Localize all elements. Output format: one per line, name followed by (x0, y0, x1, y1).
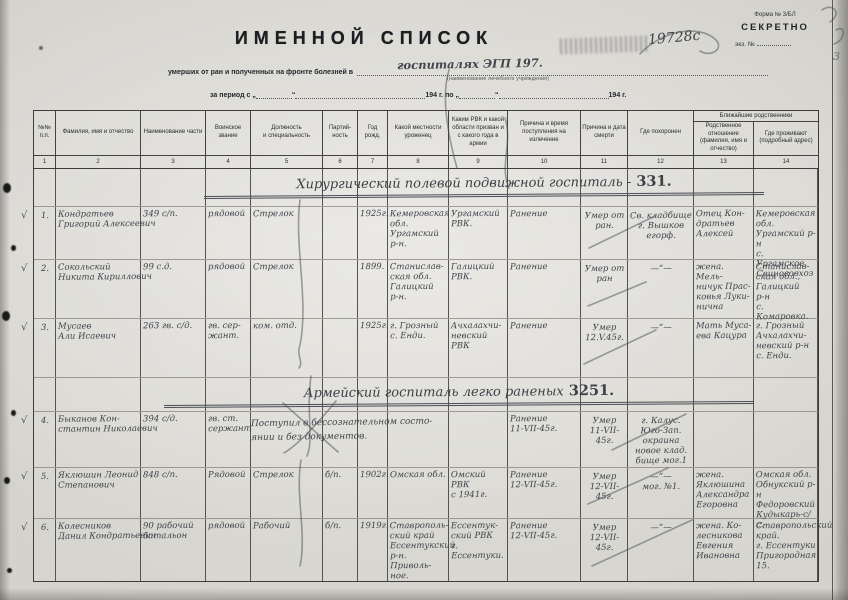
handwritten-address: Ставропольский край. г. Ессентуки Пригор… (754, 519, 818, 572)
cell-num: 6. (34, 519, 56, 581)
left-edge-shadow (0, 0, 10, 600)
handwritten-buried: —“— (628, 260, 693, 275)
handwritten-position: Рабочий (251, 519, 322, 532)
margin-tick: √ (21, 415, 27, 426)
period-prefix: за период с (210, 92, 250, 99)
column-header: Причина и время поступления на излечение (508, 111, 581, 155)
cell-birthplace: г. Грозный с. Енди. (388, 319, 449, 377)
handwritten-num: 2. (34, 260, 55, 274)
column-number: 6 (323, 156, 358, 168)
cell-birthplace: Омская обл. (388, 468, 449, 518)
column-header: Наименование части (141, 111, 206, 155)
period-blank (499, 88, 609, 99)
no-documents-note: Поступил в бессознательном состо- янии и… (251, 414, 551, 445)
hospital-number: 3251. (564, 382, 615, 399)
table-row: 1.Кондратьев Григорий Алексеевич349 с/п.… (34, 207, 818, 260)
column-header: Каким РВК и какой области призван и с ка… (449, 111, 508, 155)
handwritten-birthplace: Омская обл. (388, 468, 448, 481)
cell-address: Станислав- ская обл., Галицкий р-н с. Ко… (754, 260, 818, 318)
cell-year: 1925г. (358, 319, 388, 377)
handwritten-relative: Отец Кон- дратьев Алексей (694, 207, 753, 240)
handwritten-buried: —“— (628, 319, 693, 334)
cell-rvk: Ачхалахчи- невский РВК (449, 319, 508, 377)
form-number: Форма № 3/БЛ (735, 12, 815, 18)
period-mid: 194 г. по (425, 92, 453, 99)
column-number: 5 (251, 156, 323, 168)
cell-birthplace: Ставрополь- ский край Ессентукский р-н. … (388, 519, 449, 581)
column-number: 13 (694, 156, 754, 168)
handwritten-death: Умер 12-VII-45г. (581, 468, 627, 503)
margin-tick: √ (21, 471, 27, 482)
cell-death: Умер 12-VII-45г. (581, 468, 628, 518)
handwritten-name: Кондратьев Григорий Алексеевич (56, 206, 215, 230)
cell-num: 3. (34, 319, 56, 377)
cell-name: Быканов Кон- стантин Николаевич (56, 412, 141, 467)
document-title: ИМЕННОЙ СПИСОК (0, 28, 848, 49)
column-number: 3 (141, 156, 206, 168)
handwritten-year: 1925г. (358, 207, 387, 219)
cell-buried: Св. кладбище г. Вышков егорф. (628, 207, 694, 259)
column-header: Какой местности уроженец (388, 111, 449, 155)
scan-speck (39, 46, 43, 50)
cell-death: Умер от ран. (581, 207, 628, 259)
handwritten-death: Умер 12.V.45г. (581, 319, 627, 344)
cell-buried: —“— (628, 260, 694, 318)
cell-rvk: Ессентук- ский РВК г. Ессентуки. (449, 519, 508, 581)
handwritten-rvk: Ессентук- ский РВК г. Ессентуки. (449, 519, 507, 562)
cell-relative: жена. Яклюшина Александра Егоровна (694, 468, 754, 518)
column-header: Воинское звание (206, 111, 251, 155)
cell-num: 1. (34, 207, 56, 259)
handwritten-admission: Ранение (508, 319, 580, 332)
subtitle-blank-line: госпиталях ЭГП 197. (наименование лечебн… (357, 63, 768, 76)
page-number: 3 (833, 50, 840, 63)
cell-admission: Ранение (508, 319, 581, 377)
handwritten-birthplace: Ставрополь- ский край Ессентукский р-н. … (388, 519, 449, 582)
handwritten-death: Умер от ран. (581, 207, 627, 232)
hospital-number: 331. (631, 173, 671, 190)
column-number: 4 (206, 156, 251, 168)
handwritten-rvk: Ургамский РВК. (449, 207, 507, 230)
table-row: 2.Сокольский Никита Кириллович99 с.д.ряд… (34, 260, 818, 319)
handwritten-buried: г. Калус. Юго-Зап. окраина новое клад. б… (628, 412, 694, 467)
cell-name (56, 169, 141, 206)
margin-tick: √ (21, 322, 27, 333)
handwritten-death: Умер 11-VII-45г. (581, 412, 627, 447)
handwritten-position: Стрелок (251, 207, 322, 220)
cell-address: Ставропольский край. г. Ессентуки Пригор… (754, 519, 818, 581)
cell-buried: —“— (628, 519, 694, 581)
cell-admission: Ранение 12-VII-45г. (508, 519, 581, 581)
column-header: Где похоронен (628, 111, 694, 155)
cell-num (34, 378, 56, 411)
cell-buried: г. Калус. Юго-Зап. окраина новое клад. б… (628, 412, 694, 467)
handwritten-address: г. Грозный Ачхалахчи- невский р-н с. Енд… (754, 319, 817, 362)
cell-num: 5. (34, 468, 56, 518)
cell-party (323, 207, 358, 259)
table-row: 4.Быканов Кон- стантин Николаевич394 с/д… (34, 412, 818, 468)
cell-rvk: Галицкий РВК. (449, 260, 508, 318)
column-header: Родственное отношение (фамилия, имя и от… (694, 122, 754, 155)
handwritten-relative: Мать Муса- ева Кацура (694, 319, 753, 342)
handwritten-death: Умер 12-VII-45г. (581, 519, 627, 554)
censor-stamp (560, 35, 649, 54)
subtitle-prefix: умерших от ран и полученных на фронте бо… (168, 69, 353, 76)
cell-name: Колесников Данил Кондратьевич (56, 519, 141, 581)
handwritten-birthplace: Кемеровская обл. Ургамский р-н. (388, 207, 448, 250)
handwritten-admission: Ранение 12-VII-45г. (508, 468, 580, 491)
cell-position: Рабочий (251, 519, 323, 581)
section-title: Армейский госпиталь легко раненых 3251. (164, 381, 754, 408)
hospital-name-handwritten: госпиталях ЭГП 197. (397, 56, 543, 73)
section-title: Хирургический полевой подвижной госпитал… (204, 172, 764, 199)
punch-hole (11, 245, 16, 251)
handwritten-year: 1925г. (358, 319, 387, 331)
handwritten-relative: жена. Мель- ничук Прас- ковья Луки- ничн… (694, 260, 754, 313)
punch-hole (7, 568, 12, 573)
handwritten-buried: —“— (628, 519, 693, 534)
column-number: 12 (628, 156, 694, 168)
cell-birthplace: Кемеровская обл. Ургамский р-н. (388, 207, 449, 259)
cell-death: Умер 12.V.45г. (581, 319, 628, 377)
column-header: Партий- ность (323, 111, 358, 155)
handwritten-buried: Св. кладбище г. Вышков егорф. (628, 207, 693, 242)
table-header-row: №№ п.п.Фамилия, имя и отчествоНаименован… (34, 111, 818, 156)
section-row: Армейский госпиталь легко раненых 3251. (34, 378, 818, 412)
handwritten-num: 5. (34, 468, 55, 482)
cell-num (34, 169, 56, 206)
handwritten-address: Станислав- ская обл., Галицкий р-н с. Ко… (754, 260, 818, 323)
handwritten-position: Стрелок (251, 468, 322, 481)
column-header: Фамилия, имя и отчество (56, 111, 141, 155)
handwritten-year: 1902г. (358, 468, 387, 480)
period-blank (459, 88, 495, 99)
handwritten-birthplace: г. Грозный с. Енди. (388, 319, 448, 342)
table-row: 6.Колесников Данил Кондратьевич90 рабочи… (34, 519, 818, 581)
column-header: Причина и дата смерти (581, 111, 628, 155)
column-number: 7 (358, 156, 388, 168)
handwritten-num: 1. (34, 207, 55, 221)
cell-address: Кемеровская обл. Ургамский р-н с. Ургамс… (754, 207, 818, 259)
cell-address (754, 412, 818, 467)
table-row: 5.Яклюшин Леонид Степанович848 с/п.Рядов… (34, 468, 818, 519)
handwritten-party: б/п. (323, 468, 357, 480)
handwritten-year: 1919г. (358, 519, 387, 531)
column-number: 8 (388, 156, 449, 168)
cell-num: 2. (34, 260, 56, 318)
column-number-row: 1234567891011121314 (34, 156, 818, 169)
period-end: 194 г. (609, 92, 627, 99)
margin-tick: √ (21, 263, 27, 274)
cell-unit (141, 169, 206, 206)
cell-position: Стрелок (251, 260, 323, 318)
casualty-table: №№ п.п.Фамилия, имя и отчествоНаименован… (33, 110, 819, 582)
handwritten-admission: Ранение (508, 207, 580, 220)
cell-party (323, 319, 358, 377)
cell-name: Яклюшин Леонид Степанович (56, 468, 141, 518)
handwritten-name: Мусаев Али Исаевич (56, 318, 215, 342)
cell-party: б/п. (323, 519, 358, 581)
column-number: 2 (56, 156, 141, 168)
cell-death: Умер 11-VII-45г. (581, 412, 628, 467)
handwritten-death: Умер от ран (581, 260, 627, 285)
cell-birthplace: Станислав- ская обл. Галицкий р-н. (388, 260, 449, 318)
column-header: Где проживают (подробный адрес) (754, 122, 818, 155)
punch-hole (2, 311, 10, 321)
margin-tick: √ (21, 522, 27, 533)
cell-admission: Ранение (508, 207, 581, 259)
cell-relative: жена. Мель- ничук Прас- ковья Луки- ничн… (694, 260, 754, 318)
punch-hole (4, 477, 10, 484)
column-number: 9 (449, 156, 508, 168)
cell-death: Умер от ран (581, 260, 628, 318)
handwritten-num: 3. (34, 319, 55, 333)
handwritten-name: Быканов Кон- стантин Николаевич (56, 411, 215, 435)
column-header: Год рожд. (358, 111, 388, 155)
cell-relative: Мать Муса- ева Кацура (694, 319, 754, 377)
section-row: Хирургический полевой подвижной госпитал… (34, 169, 818, 207)
cell-position: Стрелок (251, 468, 323, 518)
handwritten-buried: —“— мог. №1. (628, 468, 693, 493)
relatives-subcolumns: Родственное отношение (фамилия, имя и от… (694, 122, 818, 155)
cell-num: 4. (34, 412, 56, 467)
cell-relative: жена. Ко- лесникова Евгения Ивановна (694, 519, 754, 581)
handwritten-num: 4. (34, 412, 55, 426)
handwritten-rvk: Омский РВК с 1941г. (449, 468, 507, 501)
column-number: 11 (581, 156, 628, 168)
column-number: 10 (508, 156, 581, 168)
handwritten-rvk: Ачхалахчи- невский РВК (449, 319, 507, 352)
cell-admission: Ранение 12-VII-45г. (508, 468, 581, 518)
cell-position: ком. отд. (251, 319, 323, 377)
cell-address: Омская обл. Обнукский р-н Федоровский Ку… (754, 468, 818, 518)
cell-party: б/п. (323, 468, 358, 518)
cell-buried: —“— мог. №1. (628, 468, 694, 518)
handwritten-admission: Ранение 12-VII-45г. (508, 519, 580, 542)
period-blank (256, 88, 292, 99)
column-header: №№ п.п. (34, 111, 56, 155)
handwritten-position: Стрелок (251, 260, 322, 273)
cell-year: 1899. (358, 260, 388, 318)
cell-relative (694, 412, 754, 467)
section-title-text: Хирургический полевой подвижной госпитал… (296, 175, 631, 192)
handwritten-num: 6. (34, 519, 55, 533)
cell-admission: Ранение (508, 260, 581, 318)
scanned-document: Форма № 3/БЛ СЕКРЕТНО экз. № 3 ИМЕННОЙ С… (0, 0, 848, 600)
bottom-edge-shadow (0, 588, 848, 600)
handwritten-position: ком. отд. (251, 319, 322, 332)
cell-rvk: Омский РВК с 1941г. (449, 468, 508, 518)
punch-hole (11, 410, 16, 416)
handwritten-name: Яклюшин Леонид Степанович (56, 467, 215, 491)
cell-name: Сокольский Никита Кириллович (56, 260, 141, 318)
table-row: 3.Мусаев Али Исаевич263 гв. с/д.гв. сер-… (34, 319, 818, 378)
cell-address (754, 378, 818, 411)
column-number: 14 (754, 156, 818, 168)
handwritten-name: Сокольский Никита Кириллович (56, 259, 215, 283)
period-blank (295, 88, 425, 99)
handwritten-year: 1899. (358, 260, 387, 272)
handwritten-name: Колесников Данил Кондратьевич (56, 518, 215, 542)
handwritten-rvk: Галицкий РВК. (449, 260, 507, 283)
margin-tick: √ (21, 210, 27, 221)
subtitle-caption: (наименование лечебного учреждения) (447, 76, 549, 82)
cell-name: Кондратьев Григорий Алексеевич (56, 207, 141, 259)
right-edge-shadow (832, 0, 848, 600)
section-title-text: Армейский госпиталь легко раненых (304, 384, 564, 401)
cell-relative: Отец Кон- дратьев Алексей (694, 207, 754, 259)
column-number: 1 (34, 156, 56, 168)
cell-name: Мусаев Али Исаевич (56, 319, 141, 377)
handwritten-relative: жена. Яклюшина Александра Егоровна (694, 468, 753, 511)
handwritten-admission: Ранение (508, 260, 580, 273)
handwritten-party: б/п. (323, 519, 357, 531)
handwritten-birthplace: Станислав- ская обл. Галицкий р-н. (388, 260, 448, 303)
cell-year: 1919г. (358, 519, 388, 581)
cell-party (323, 260, 358, 318)
cell-position: Стрелок (251, 207, 323, 259)
cell-death: Умер 12-VII-45г. (581, 519, 628, 581)
column-header: Должность и специальность (251, 111, 323, 155)
subtitle-line: умерших от ран и полученных на фронте бо… (168, 63, 768, 76)
relatives-group-label: Ближайшие родственники (694, 111, 818, 122)
cell-rvk: Ургамский РВК. (449, 207, 508, 259)
relatives-group: Ближайшие родственникиРодственное отноше… (694, 111, 818, 155)
punch-hole (3, 183, 11, 193)
cell-address: г. Грозный Ачхалахчи- невский р-н с. Енд… (754, 319, 818, 377)
cell-name (56, 378, 141, 411)
handwritten-relative: жена. Ко- лесникова Евгения Ивановна (694, 519, 753, 562)
period-line: за период с „ “ 194 г. по „ “ 194 г. (210, 88, 680, 99)
cell-buried: —“— (628, 319, 694, 377)
cell-year: 1925г. (358, 207, 388, 259)
cell-year: 1902г. (358, 468, 388, 518)
